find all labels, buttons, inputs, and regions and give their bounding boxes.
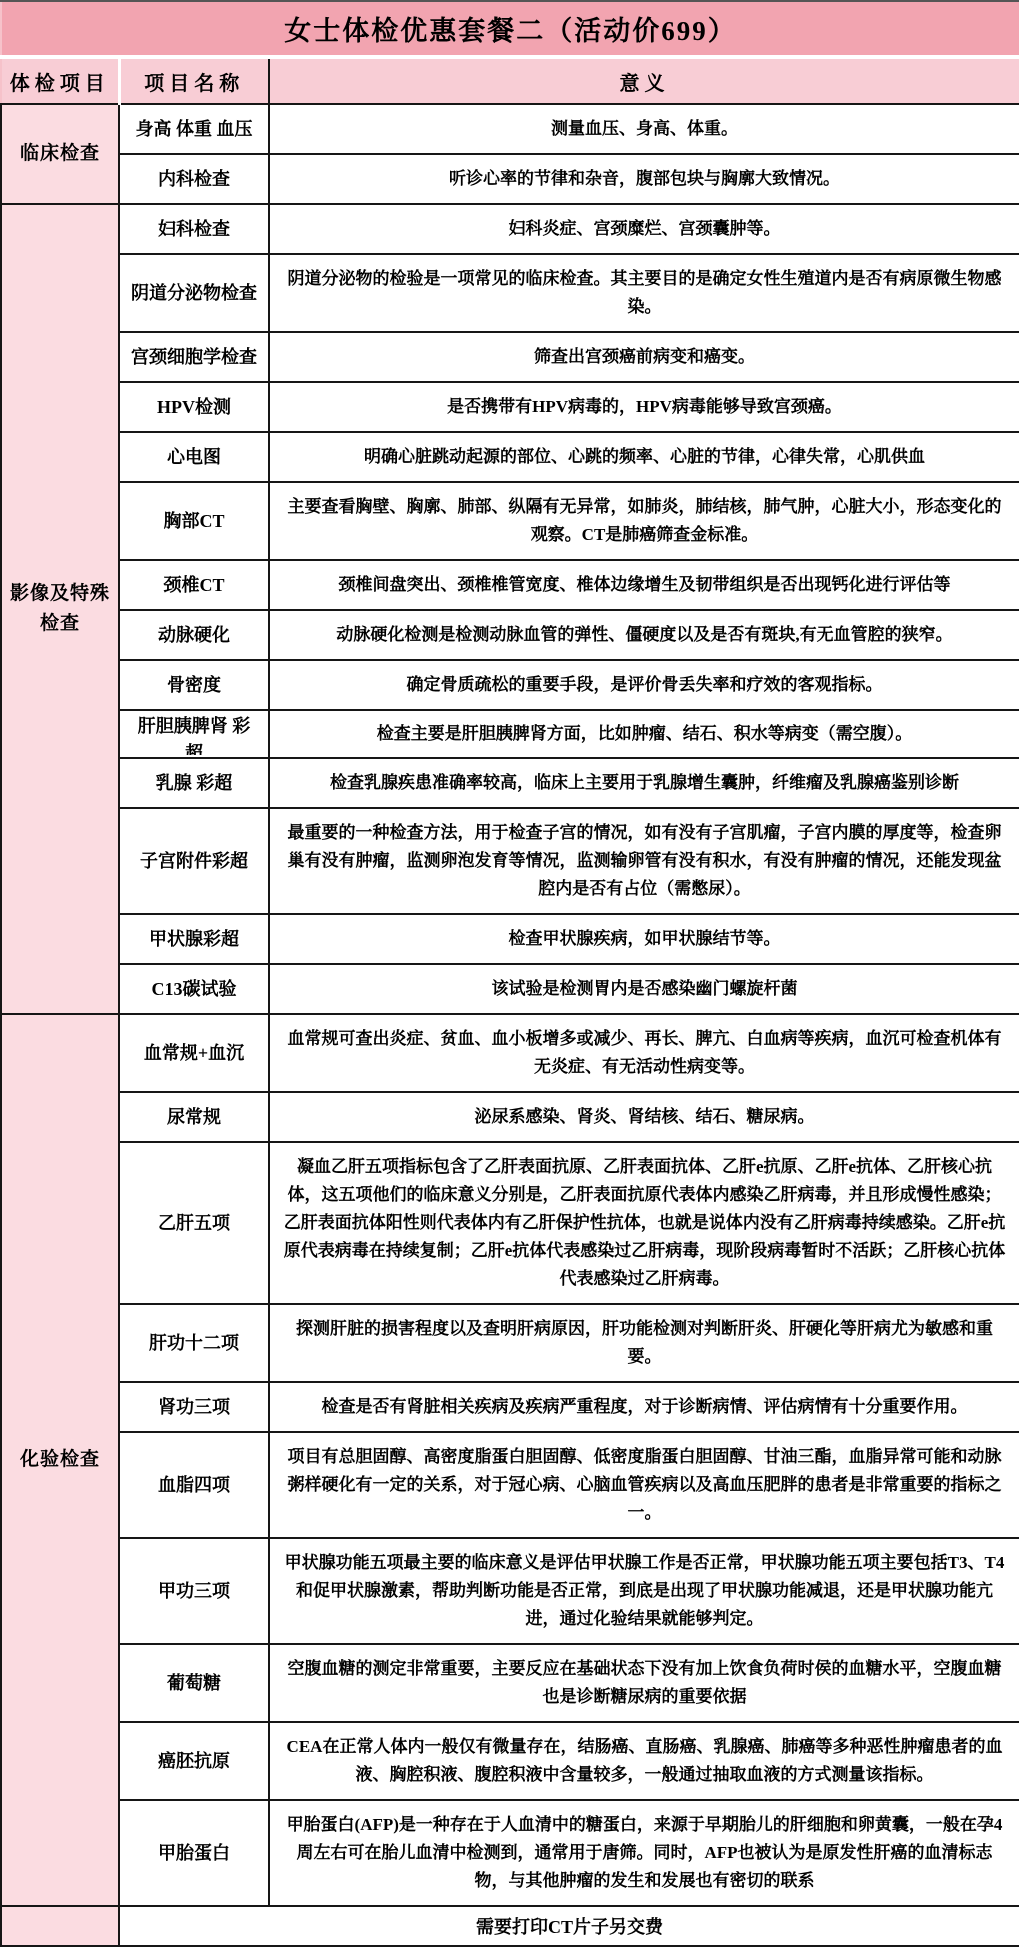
item-meaning-cell: 甲胎蛋白(AFP)是一种存在于人血清中的糖蛋白，来源于早期胎儿的肝细胞和卵黄囊，… bbox=[269, 1800, 1019, 1906]
item-name: 血常规+血沉 bbox=[126, 1040, 262, 1067]
item-name: 甲状腺彩超 bbox=[126, 926, 262, 953]
item-meaning-cell: 血常规可查出炎症、贫血、血小板增多或减少、再长、脾亢、白血病等疾病，血沉可检查机… bbox=[269, 1014, 1019, 1092]
title-row: 女士体检优惠套餐二（活动价699） bbox=[1, 1, 1019, 57]
item-name-cell: 妇科检查 bbox=[119, 204, 269, 254]
item-name: 妇科检查 bbox=[126, 216, 262, 243]
item-name: HPV检测 bbox=[126, 394, 262, 421]
item-meaning-cell: 凝血乙肝五项指标包含了乙肝表面抗原、乙肝表面抗体、乙肝e抗原、乙肝e抗体、乙肝核… bbox=[269, 1142, 1019, 1304]
table-row: 葡萄糖空腹血糖的测定非常重要，主要反应在基础状态下没有加上饮食负荷时侯的血糖水平… bbox=[1, 1644, 1019, 1722]
column-header-meaning: 意义 bbox=[269, 57, 1019, 104]
item-name-cell: 阴道分泌物检查 bbox=[119, 254, 269, 332]
table-row: 影像及特殊检查妇科检查妇科炎症、宫颈糜烂、宫颈囊肿等。 bbox=[1, 204, 1019, 254]
page-title: 女士体检优惠套餐二（活动价699） bbox=[1, 1, 1019, 57]
item-name: 甲胎蛋白 bbox=[126, 1840, 262, 1867]
item-meaning-cell: 泌尿系感染、肾炎、肾结核、结石、糖尿病。 bbox=[269, 1092, 1019, 1142]
table-row: 化验检查血常规+血沉血常规可查出炎症、贫血、血小板增多或减少、再长、脾亢、白血病… bbox=[1, 1014, 1019, 1092]
item-name-cell: 癌胚抗原 bbox=[119, 1722, 269, 1800]
item-name: 阴道分泌物检查 bbox=[126, 280, 262, 307]
item-name: 内科检查 bbox=[126, 166, 262, 193]
table-row: 肾功三项检查是否有肾脏相关疾病及疾病严重程度，对于诊断病情、评估病情有十分重要作… bbox=[1, 1382, 1019, 1432]
table-row: 癌胚抗原CEA在正常人体内一般仅有微量存在，结肠癌、直肠癌、乳腺癌、肺癌等多种恶… bbox=[1, 1722, 1019, 1800]
item-name: 癌胚抗原 bbox=[126, 1748, 262, 1775]
table-row: 内科检查听诊心率的节律和杂音，腹部包块与胸廓大致情况。 bbox=[1, 154, 1019, 204]
table-row: 临床检查身高 体重 血压测量血压、身高、体重。 bbox=[1, 104, 1019, 154]
table-row: 血脂四项项目有总胆固醇、高密度脂蛋白胆固醇、低密度脂蛋白胆固醇、甘油三酯，血脂异… bbox=[1, 1432, 1019, 1538]
table-row: 心电图明确心脏跳动起源的部位、心跳的频率、心脏的节律，心律失常，心肌供血 bbox=[1, 432, 1019, 482]
item-name-cell: 宫颈细胞学检查 bbox=[119, 332, 269, 382]
item-meaning-cell: 颈椎间盘突出、颈椎椎管宽度、椎体边缘增生及韧带组织是否出现钙化进行评估等 bbox=[269, 560, 1019, 610]
table-row: 宫颈细胞学检查筛查出宫颈癌前病变和癌变。 bbox=[1, 332, 1019, 382]
table-row: 阴道分泌物检查阴道分泌物的检验是一项常见的临床检查。其主要目的是确定女性生殖道内… bbox=[1, 254, 1019, 332]
item-meaning-cell: 该试验是检测胃内是否感染幽门螺旋杆菌 bbox=[269, 964, 1019, 1014]
item-name: C13碳试验 bbox=[126, 976, 262, 1003]
item-name: 乳腺 彩超 bbox=[126, 770, 262, 797]
item-meaning-cell: 是否携带有HPV病毒的，HPV病毒能够导致宫颈癌。 bbox=[269, 382, 1019, 432]
table-row: 甲功三项甲状腺功能五项最主要的临床意义是评估甲状腺工作是否正常，甲状腺功能五项主… bbox=[1, 1538, 1019, 1644]
item-meaning-cell: 检查甲状腺疾病，如甲状腺结节等。 bbox=[269, 914, 1019, 964]
table-row: 甲状腺彩超检查甲状腺疾病，如甲状腺结节等。 bbox=[1, 914, 1019, 964]
item-meaning-cell: 阴道分泌物的检验是一项常见的临床检查。其主要目的是确定女性生殖道内是否有病原微生… bbox=[269, 254, 1019, 332]
item-name-cell: 尿常规 bbox=[119, 1092, 269, 1142]
item-meaning-cell: 动脉硬化检测是检测动脉血管的弹性、僵硬度以及是否有斑块,有无血管腔的狭窄。 bbox=[269, 610, 1019, 660]
item-name: 宫颈细胞学检查 bbox=[126, 344, 262, 371]
item-name-cell: 肝功十二项 bbox=[119, 1304, 269, 1382]
item-name-cell: 身高 体重 血压 bbox=[119, 104, 269, 154]
category-cell: 影像及特殊检查 bbox=[1, 204, 119, 1014]
item-meaning-cell: 项目有总胆固醇、高密度脂蛋白胆固醇、低密度脂蛋白胆固醇、甘油三酯，血脂异常可能和… bbox=[269, 1432, 1019, 1538]
table-row: 骨密度确定骨质疏松的重要手段，是评价骨丢失率和疗效的客观指标。 bbox=[1, 660, 1019, 710]
checkup-package-table: 女士体检优惠套餐二（活动价699） 体检项目 项目名称 意义 临床检查身高 体重… bbox=[0, 0, 1019, 1947]
item-meaning-cell: 听诊心率的节律和杂音，腹部包块与胸廓大致情况。 bbox=[269, 154, 1019, 204]
item-meaning-cell: 筛查出宫颈癌前病变和癌变。 bbox=[269, 332, 1019, 382]
item-name: 葡萄糖 bbox=[126, 1670, 262, 1697]
item-meaning-cell: 主要查看胸壁、胸廓、肺部、纵隔有无异常，如肺炎，肺结核，肺气肿，心脏大小，形态变… bbox=[269, 482, 1019, 560]
item-name: 甲功三项 bbox=[126, 1578, 262, 1605]
table-row: 尿常规泌尿系感染、肾炎、肾结核、结石、糖尿病。 bbox=[1, 1092, 1019, 1142]
item-meaning-cell: 检查主要是肝胆胰脾肾方面，比如肿瘤、结石、积水等病变（需空腹）。 bbox=[269, 710, 1019, 758]
item-name: 胸部CT bbox=[126, 508, 262, 535]
item-name-cell: 血脂四项 bbox=[119, 1432, 269, 1538]
item-meaning-cell: 确定骨质疏松的重要手段，是评价骨丢失率和疗效的客观指标。 bbox=[269, 660, 1019, 710]
item-name-cell: 动脉硬化 bbox=[119, 610, 269, 660]
item-meaning-cell: 检查乳腺疾患准确率较高，临床上主要用于乳腺增生囊肿，纤维瘤及乳腺癌鉴别诊断 bbox=[269, 758, 1019, 808]
item-name: 肝胆胰脾肾 彩超 bbox=[136, 713, 252, 755]
table-row: 动脉硬化动脉硬化检测是检测动脉血管的弹性、僵硬度以及是否有斑块,有无血管腔的狭窄… bbox=[1, 610, 1019, 660]
item-name-cell: 肝胆胰脾肾 彩超 bbox=[119, 710, 269, 758]
column-header-category: 体检项目 bbox=[1, 57, 119, 104]
category-cell: 化验检查 bbox=[1, 1014, 119, 1906]
item-name: 颈椎CT bbox=[126, 572, 262, 599]
item-name: 身高 体重 血压 bbox=[126, 116, 262, 143]
item-name-cell: 乙肝五项 bbox=[119, 1142, 269, 1304]
column-header-item-name: 项目名称 bbox=[119, 57, 269, 104]
category-cell: 临床检查 bbox=[1, 104, 119, 204]
item-meaning-cell: 测量血压、身高、体重。 bbox=[269, 104, 1019, 154]
item-name: 动脉硬化 bbox=[126, 622, 262, 649]
item-name: 肝功十二项 bbox=[126, 1330, 262, 1357]
table-row: 乙肝五项凝血乙肝五项指标包含了乙肝表面抗原、乙肝表面抗体、乙肝e抗原、乙肝e抗体… bbox=[1, 1142, 1019, 1304]
checkup-package-sheet: 女士体检优惠套餐二（活动价699） 体检项目 项目名称 意义 临床检查身高 体重… bbox=[0, 0, 1019, 1947]
table-row: 肝功十二项探测肝脏的损害程度以及查明肝病原因，肝功能检测对判断肝炎、肝硬化等肝病… bbox=[1, 1304, 1019, 1382]
item-name-cell: 甲胎蛋白 bbox=[119, 1800, 269, 1906]
footer-note: 需要打印CT片子另交费 bbox=[119, 1906, 1019, 1946]
table-row: 甲胎蛋白甲胎蛋白(AFP)是一种存在于人血清中的糖蛋白，来源于早期胎儿的肝细胞和… bbox=[1, 1800, 1019, 1906]
table-row: HPV检测是否携带有HPV病毒的，HPV病毒能够导致宫颈癌。 bbox=[1, 382, 1019, 432]
table-row: 肝胆胰脾肾 彩超检查主要是肝胆胰脾肾方面，比如肿瘤、结石、积水等病变（需空腹）。 bbox=[1, 710, 1019, 758]
item-name-cell: 胸部CT bbox=[119, 482, 269, 560]
item-name-cell: 骨密度 bbox=[119, 660, 269, 710]
item-meaning-cell: 甲状腺功能五项最主要的临床意义是评估甲状腺工作是否正常，甲状腺功能五项主要包括T… bbox=[269, 1538, 1019, 1644]
item-meaning-cell: 探测肝脏的损害程度以及查明肝病原因，肝功能检测对判断肝炎、肝硬化等肝病尤为敏感和… bbox=[269, 1304, 1019, 1382]
header-row: 体检项目 项目名称 意义 bbox=[1, 57, 1019, 104]
item-name: 子宫附件彩超 bbox=[126, 848, 262, 875]
table-row: 颈椎CT颈椎间盘突出、颈椎椎管宽度、椎体边缘增生及韧带组织是否出现钙化进行评估等 bbox=[1, 560, 1019, 610]
table-row: 乳腺 彩超检查乳腺疾患准确率较高，临床上主要用于乳腺增生囊肿，纤维瘤及乳腺癌鉴别… bbox=[1, 758, 1019, 808]
item-name: 乙肝五项 bbox=[126, 1210, 262, 1237]
item-name-cell: 颈椎CT bbox=[119, 560, 269, 610]
item-name-cell: 心电图 bbox=[119, 432, 269, 482]
item-name-cell: 甲功三项 bbox=[119, 1538, 269, 1644]
item-name-cell: 葡萄糖 bbox=[119, 1644, 269, 1722]
table-row: 子宫附件彩超最重要的一种检查方法，用于检查子宫的情况，如有没有子宫肌瘤，子宫内膜… bbox=[1, 808, 1019, 914]
item-name: 尿常规 bbox=[126, 1104, 262, 1131]
table-row: 胸部CT主要查看胸壁、胸廓、肺部、纵隔有无异常，如肺炎，肺结核，肺气肿，心脏大小… bbox=[1, 482, 1019, 560]
item-meaning-cell: 检查是否有肾脏相关疾病及疾病严重程度，对于诊断病情、评估病情有十分重要作用。 bbox=[269, 1382, 1019, 1432]
table-row: C13碳试验该试验是检测胃内是否感染幽门螺旋杆菌 bbox=[1, 964, 1019, 1014]
item-name: 心电图 bbox=[126, 444, 262, 471]
footer-row: 需要打印CT片子另交费 bbox=[1, 1906, 1019, 1946]
item-name-cell: HPV检测 bbox=[119, 382, 269, 432]
item-meaning-cell: 妇科炎症、宫颈糜烂、宫颈囊肿等。 bbox=[269, 204, 1019, 254]
item-name-cell: 子宫附件彩超 bbox=[119, 808, 269, 914]
item-meaning-cell: 空腹血糖的测定非常重要，主要反应在基础状态下没有加上饮食负荷时侯的血糖水平，空腹… bbox=[269, 1644, 1019, 1722]
item-name-cell: 内科检查 bbox=[119, 154, 269, 204]
item-name-cell: 甲状腺彩超 bbox=[119, 914, 269, 964]
item-name: 血脂四项 bbox=[126, 1472, 262, 1499]
item-meaning-cell: 最重要的一种检查方法，用于检查子宫的情况，如有没有子宫肌瘤，子宫内膜的厚度等，检… bbox=[269, 808, 1019, 914]
item-meaning-cell: CEA在正常人体内一般仅有微量存在，结肠癌、直肠癌、乳腺癌、肺癌等多种恶性肿瘤患… bbox=[269, 1722, 1019, 1800]
item-name-cell: 乳腺 彩超 bbox=[119, 758, 269, 808]
item-name: 肾功三项 bbox=[126, 1394, 262, 1421]
item-name: 骨密度 bbox=[126, 672, 262, 699]
item-name-cell: 肾功三项 bbox=[119, 1382, 269, 1432]
item-meaning-cell: 明确心脏跳动起源的部位、心跳的频率、心脏的节律，心律失常，心肌供血 bbox=[269, 432, 1019, 482]
footer-category-cell bbox=[1, 1906, 119, 1946]
item-name-cell: C13碳试验 bbox=[119, 964, 269, 1014]
item-name-cell: 血常规+血沉 bbox=[119, 1014, 269, 1092]
